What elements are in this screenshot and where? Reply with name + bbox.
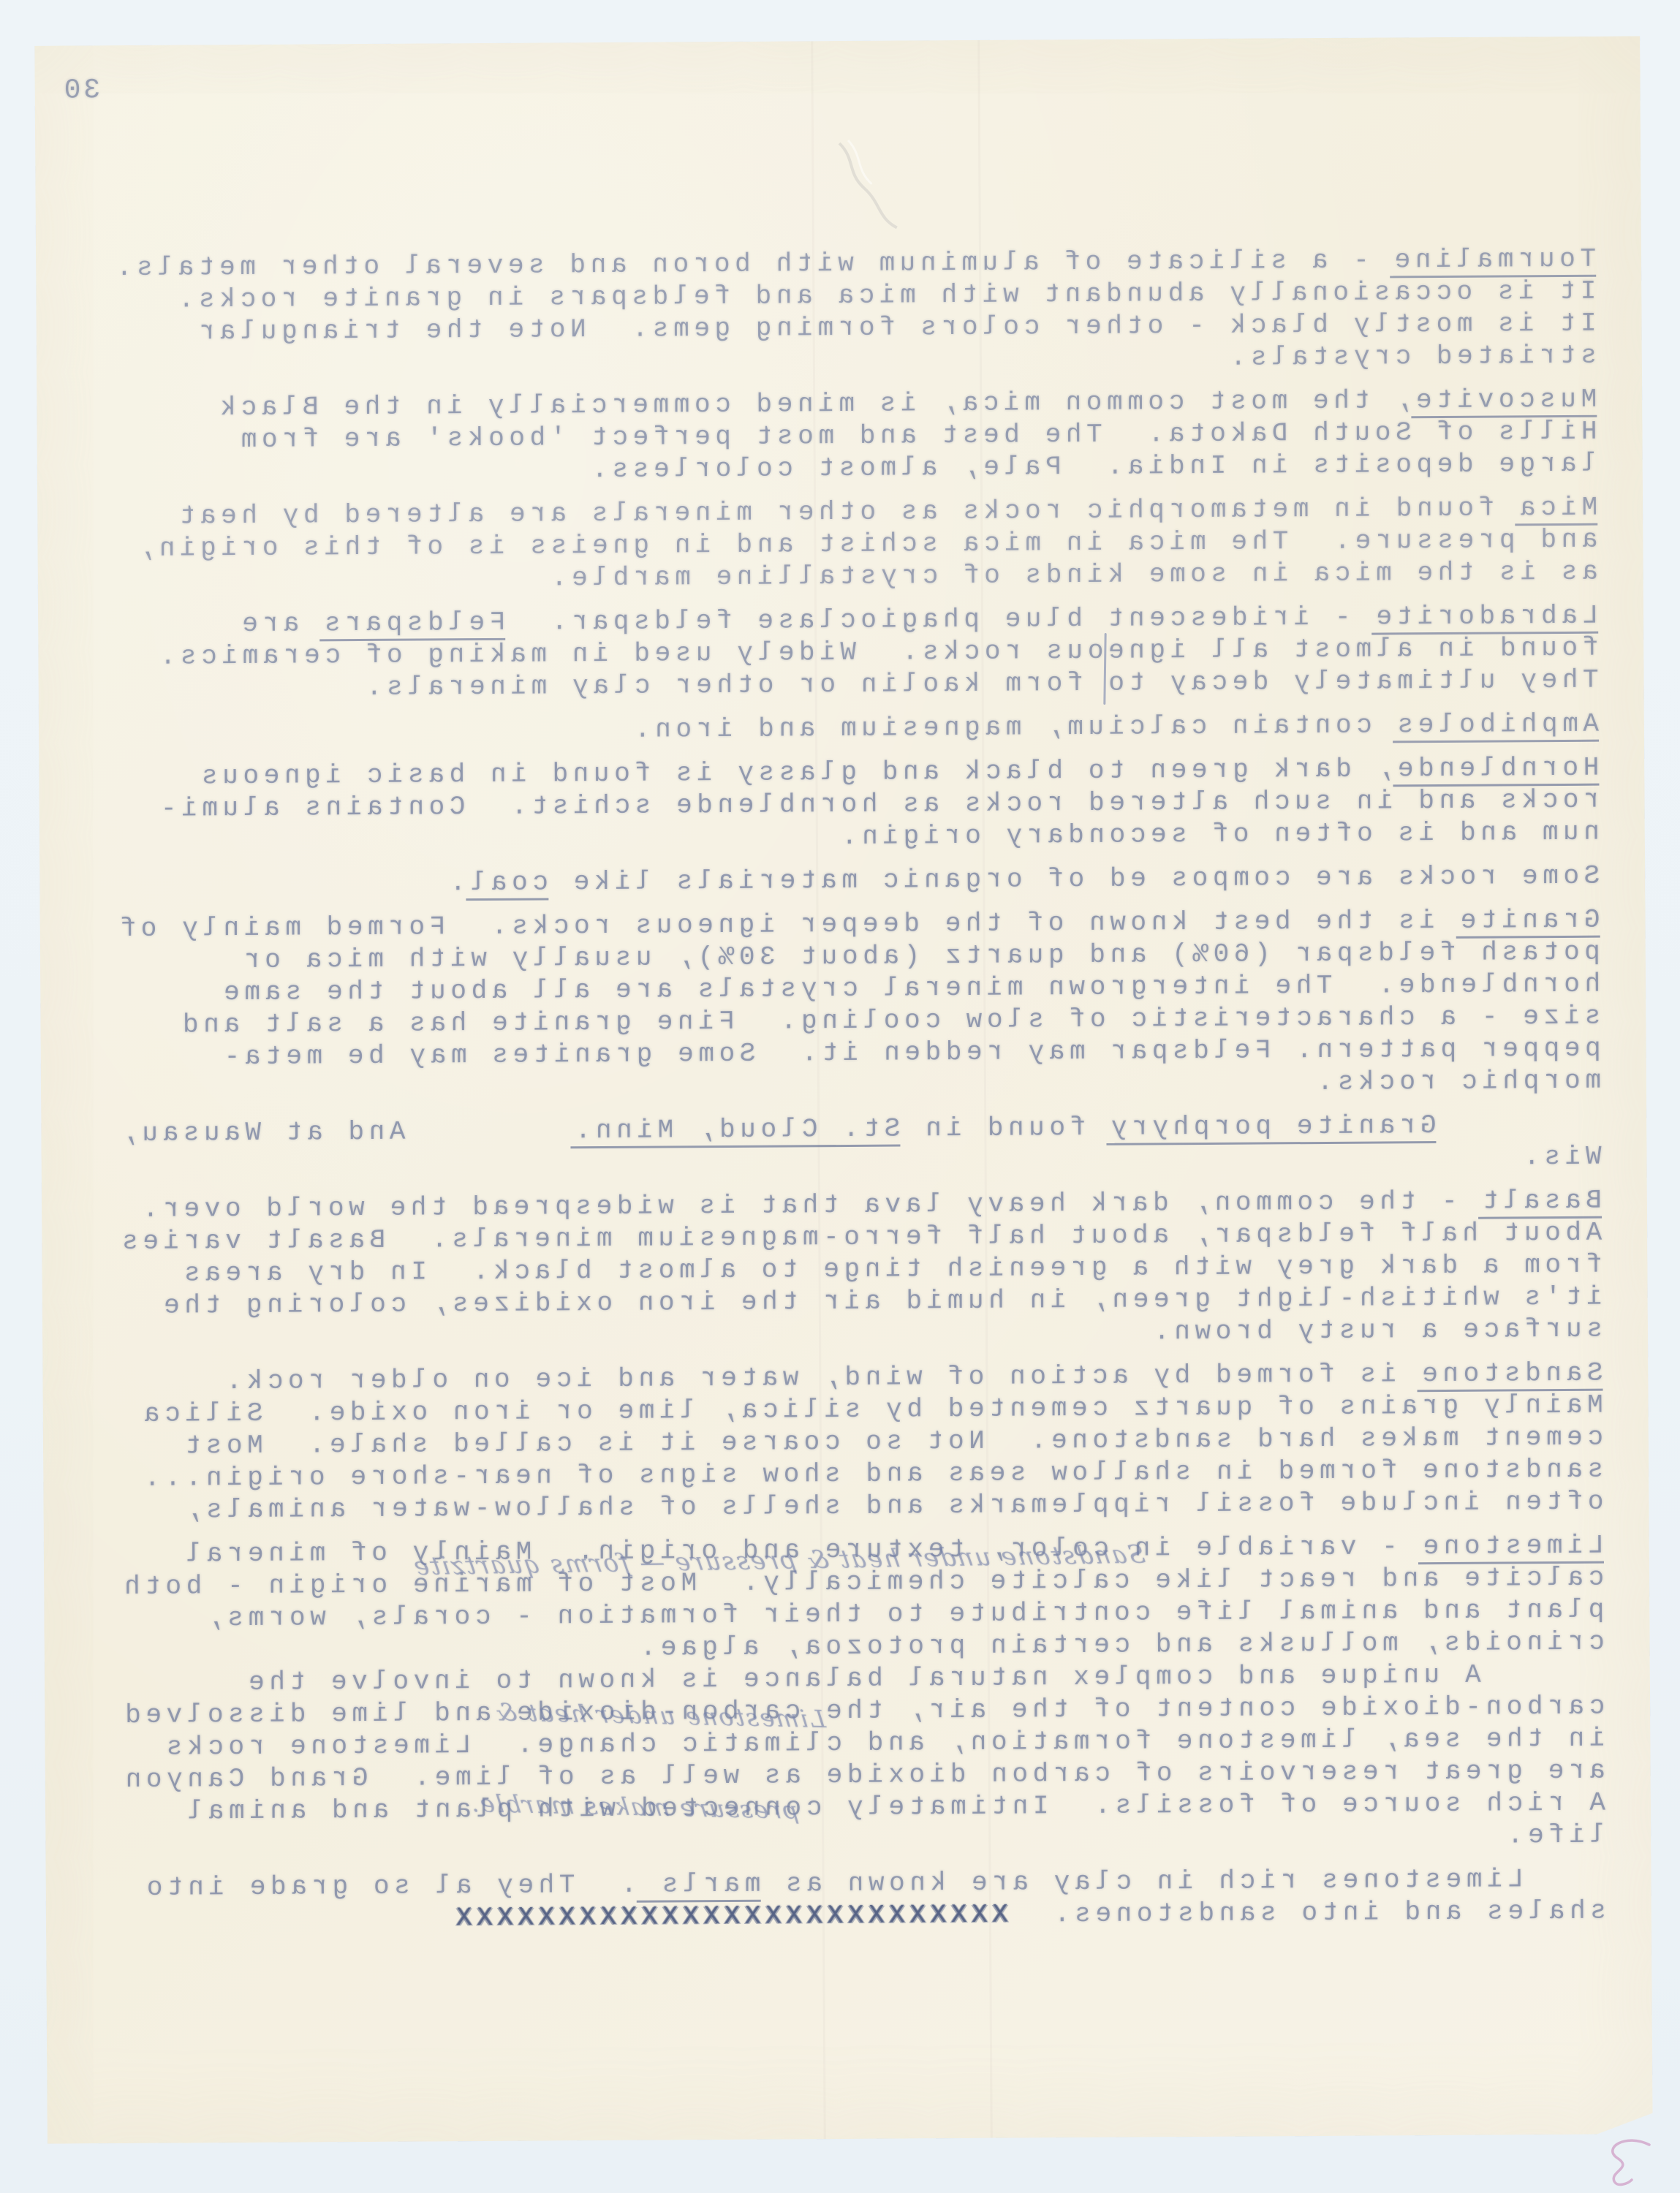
typed-paragraph: Muscovite, the most common mica, is mine… [106,384,1597,489]
handwritten-note-limestone: Limestone under heat & pressure makes ma… [450,1635,845,1888]
typed-paragraph: Granite porphyry found in St. Cloud, Min… [110,1109,1601,1182]
paper-sheet: 30 Tourmaline - a silicate of aluminum w… [34,36,1652,2143]
typed-paragraph: Labradorite - iridescent blue phagioclas… [107,600,1599,705]
typed-paragraph: Hornblende, dark green to black and glas… [108,752,1600,857]
typed-paragraph: Some rocks are compos ed of organic mate… [109,860,1600,901]
typed-paragraph: Amphiboles contain calcium, magnesium an… [108,708,1599,749]
pink-squiggle-mark [1592,2136,1662,2193]
page-number: 30 [61,75,100,106]
typed-paragraph: Basalt - the common, dark heavy lava tha… [111,1185,1603,1355]
handwritten-note-sandstone: Sandstone under heat & pressure — forms … [406,1510,1208,1610]
typed-line: Some rocks are compos ed of organic mate… [109,860,1600,901]
typed-text-block: Tourmaline - a silicate of aluminum with… [105,243,1606,1948]
typed-paragraph: Sandstone is formed by action of wind, w… [112,1357,1603,1527]
typed-paragraph: Limestones rich in clay are known as mar… [116,1863,1606,1936]
typed-paragraph: Granite is the best known of the deeper … [110,904,1602,1106]
scanned-page-background: { "document": { "kind": "scanned typewri… [0,0,1680,2193]
typed-line: Amphiboles contain calcium, magnesium an… [108,708,1599,749]
mirrored-bleed-through-layer: 30 Tourmaline - a silicate of aluminum w… [34,36,1652,2143]
typed-paragraph: Tourmaline - a silicate of aluminum with… [105,243,1597,381]
paper-wrinkle-mark [826,137,915,232]
typed-paragraph: Mica found in metamorphic rocks as other… [107,492,1598,597]
